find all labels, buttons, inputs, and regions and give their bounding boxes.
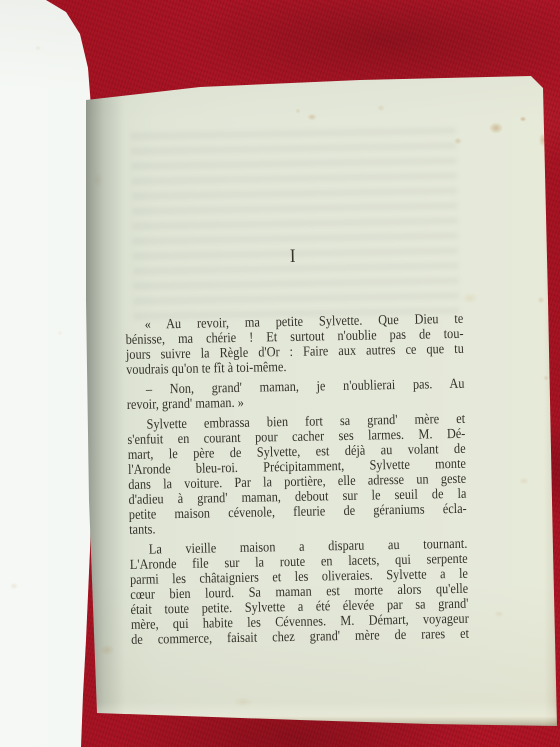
paragraph: « Au revoir, ma petite Sylvette. Que Die… xyxy=(125,312,464,378)
paragraph: – Non, grand' maman, je n'oublierai pas.… xyxy=(126,377,464,413)
page-text: I « Au revoir, ma petite Sylvette. Que D… xyxy=(124,244,469,648)
paragraph: La vieille maison a disparu au tournant.… xyxy=(129,537,469,648)
paragraph: Sylvette embrassa bien fort sa grand' mè… xyxy=(127,412,467,538)
book-photo: I « Au revoir, ma petite Sylvette. Que D… xyxy=(0,0,560,747)
